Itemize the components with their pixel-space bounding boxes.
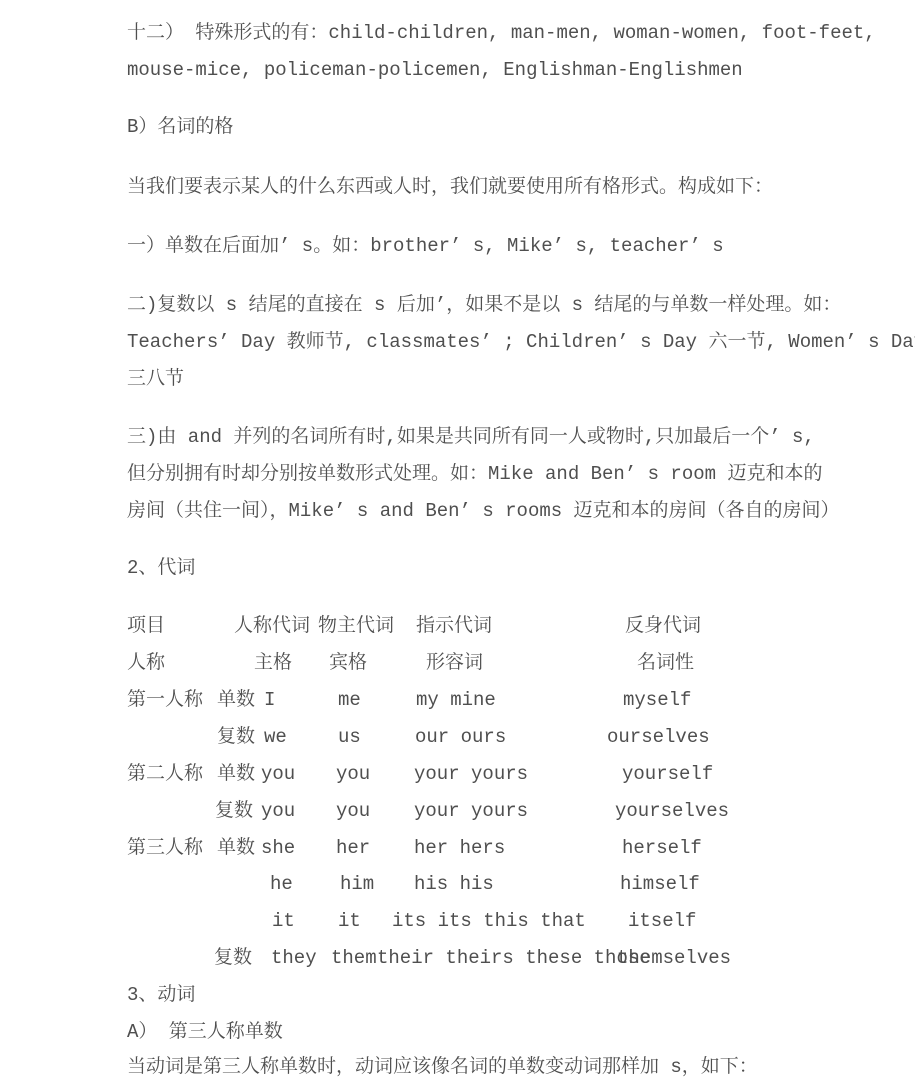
cell-person: 第二人称 xyxy=(127,761,203,787)
cell-possessive: my mine xyxy=(416,687,496,713)
verb-intro: 当动词是第三人称单数时，动词应该像名词的单数变动词那样加 s，如下： xyxy=(127,1054,758,1080)
cell-object: me xyxy=(338,687,361,713)
cell-reflexive: themselves xyxy=(617,945,731,971)
col-header-personal-pronoun: 人称代词 xyxy=(234,613,310,639)
cell-reflexive: yourselves xyxy=(615,798,729,824)
heading-third-person-singular: A） 第三人称单数 xyxy=(127,1019,283,1045)
pronoun-row-third-person-plural: 复数 they them their theirs these those th… xyxy=(0,945,915,971)
col-header-subjective: 主格 xyxy=(254,650,292,676)
cell-possessive: her hers xyxy=(414,835,505,861)
cell-object: you xyxy=(336,761,370,787)
heading-pronoun-section: 2、代词 xyxy=(127,555,195,581)
col-header-adjectival: 形容词 xyxy=(426,650,483,676)
pronoun-row-third-person-singular-it: it it its its this that itself xyxy=(0,908,915,934)
cell-person: 第一人称 xyxy=(127,687,203,713)
noun-case-intro: 当我们要表示某人的什么东西或人时，我们就要使用所有格形式。构成如下： xyxy=(127,174,773,200)
col-header-nominal: 名词性 xyxy=(637,650,694,676)
cell-number: 复数 xyxy=(217,724,255,750)
cell-number: 单数 xyxy=(217,687,255,713)
possessive-rule-2-line-3: 三八节 xyxy=(127,366,184,392)
possessive-rule-3-line-3: 房间（共住一间），Mike’ s and Ben’ s rooms 迈克和本的房… xyxy=(127,498,840,524)
possessive-rule-3-line-1: 三)由 and 并列的名词所有时,如果是共同所有同一人或物时,只加最后一个’ s… xyxy=(127,424,815,450)
cell-object: you xyxy=(336,798,370,824)
heading-noun-case: B）名词的格 xyxy=(127,114,233,140)
cell-subject: they xyxy=(271,945,317,971)
cell-number: 单数 xyxy=(217,835,255,861)
cell-subject: he xyxy=(270,871,293,897)
col-header-item: 项目 xyxy=(127,613,165,639)
cell-possessive: your yours xyxy=(414,798,528,824)
pronoun-table-header-row-1: 项目 人称代词 物主代词 指示代词 反身代词 xyxy=(0,613,915,639)
pronoun-row-first-person-singular: 第一人称 单数 I me my mine myself xyxy=(0,687,915,713)
cell-possessive: our ours xyxy=(415,724,506,750)
col-header-objective: 宾格 xyxy=(329,650,367,676)
cell-reflexive: herself xyxy=(622,835,702,861)
cell-possessive: their theirs these those xyxy=(377,945,651,971)
cell-reflexive: itself xyxy=(628,908,696,934)
col-header-reflexive-pronoun: 反身代词 xyxy=(625,613,701,639)
heading-verb-section: 3、动词 xyxy=(127,982,195,1008)
cell-reflexive: yourself xyxy=(622,761,713,787)
special-plurals-line-1: 十二） 特殊形式的有：child-children, man-men, woma… xyxy=(127,20,876,46)
cell-person: 第三人称 xyxy=(127,835,203,861)
cell-reflexive: myself xyxy=(623,687,691,713)
cell-subject: we xyxy=(264,724,287,750)
pronoun-row-third-person-singular-he: he him his his himself xyxy=(0,871,915,897)
cell-number: 单数 xyxy=(217,761,255,787)
col-header-demonstrative-pronoun: 指示代词 xyxy=(416,613,492,639)
pronoun-row-first-person-plural: 复数 we us our ours ourselves xyxy=(0,724,915,750)
cell-object: it xyxy=(338,908,361,934)
cell-possessive: its its this that xyxy=(392,908,586,934)
cell-reflexive: himself xyxy=(620,871,700,897)
pronoun-table-header-row-2: 人称 主格 宾格 形容词 名词性 xyxy=(0,650,915,676)
possessive-rule-2-line-2: Teachers’ Day 教师节, classmates’ ; Childre… xyxy=(127,329,915,355)
cell-reflexive: ourselves xyxy=(607,724,710,750)
cell-subject: I xyxy=(264,687,275,713)
cell-possessive: your yours xyxy=(414,761,528,787)
possessive-rule-2-line-1: 二)复数以 s 结尾的直接在 s 后加’，如果不是以 s 结尾的与单数一样处理。… xyxy=(127,292,841,318)
cell-possessive: his his xyxy=(414,871,494,897)
cell-number: 复数 xyxy=(214,945,252,971)
cell-subject: you xyxy=(261,798,295,824)
pronoun-row-second-person-plural: 复数 you you your yours yourselves xyxy=(0,798,915,824)
possessive-rule-1: 一）单数在后面加’ s。如：brother’ s, Mike’ s, teach… xyxy=(127,233,724,259)
col-header-possessive-pronoun: 物主代词 xyxy=(318,613,394,639)
cell-object: us xyxy=(338,724,361,750)
pronoun-row-second-person-singular: 第二人称 单数 you you your yours yourself xyxy=(0,761,915,787)
pronoun-row-third-person-singular-she: 第三人称 单数 she her her hers herself xyxy=(0,835,915,861)
cell-number: 复数 xyxy=(215,798,253,824)
document-page: 十二） 特殊形式的有：child-children, man-men, woma… xyxy=(0,0,915,1080)
special-plurals-line-2: mouse-mice, policeman-policemen, English… xyxy=(127,57,743,83)
cell-subject: it xyxy=(272,908,295,934)
col-header-person: 人称 xyxy=(127,650,165,676)
cell-subject: you xyxy=(261,761,295,787)
cell-object: him xyxy=(340,871,374,897)
cell-subject: she xyxy=(261,835,295,861)
cell-object: her xyxy=(336,835,370,861)
possessive-rule-3-line-2: 但分别拥有时却分别按单数形式处理。如：Mike and Ben’ s room … xyxy=(127,461,822,487)
cell-object: them xyxy=(331,945,377,971)
